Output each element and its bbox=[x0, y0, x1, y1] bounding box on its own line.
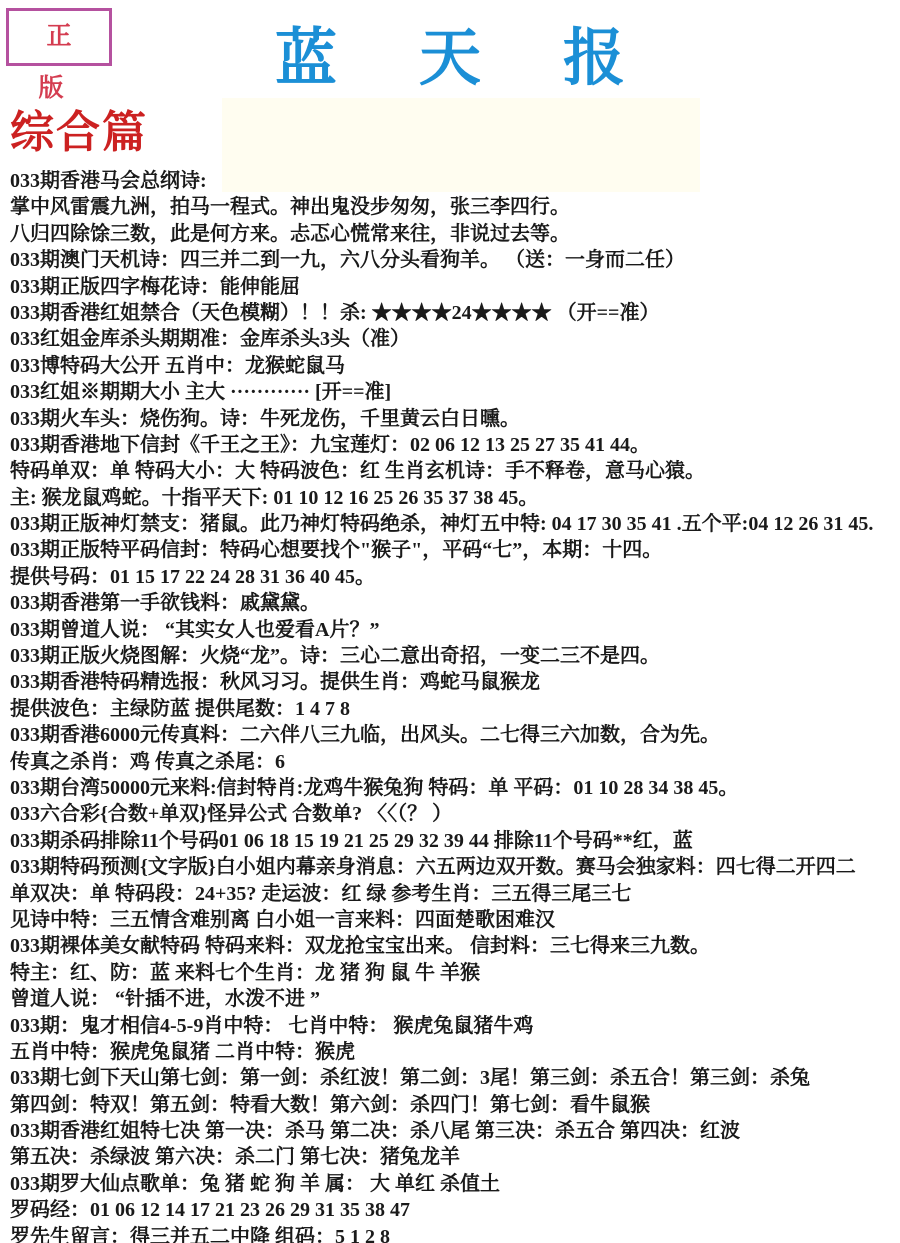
report-line: 第五决：杀绿波 第六决：杀二门 第七决：猪兔龙羊 bbox=[10, 1144, 898, 1170]
section-heading: 综合篇 bbox=[10, 96, 148, 160]
report-line: 033期七剑下天山第七剑：第一剑：杀红波！第二剑：3尾！第三剑：杀五合！第三剑：… bbox=[10, 1065, 898, 1091]
report-line: 033期正版四字梅花诗：能伸能屈 bbox=[10, 274, 898, 300]
report-line: 033期香港红姐禁合（天色模糊）！！杀: ★★★★24★★★★ （开==准） bbox=[10, 300, 898, 326]
report-line: 033期香港马会总纲诗: bbox=[10, 168, 898, 194]
report-line: 第四剑：特双！第五剑：特看大数！第六剑：杀四门！第七剑：看牛鼠猴 bbox=[10, 1092, 898, 1118]
report-line: 033期火车头：烧伤狗。诗：牛死龙伤，千里黄云白日曛。 bbox=[10, 406, 898, 432]
report-line: 033期正版神灯禁支：猪鼠。此乃神灯特码绝杀，神灯五中特: 04 17 30 3… bbox=[10, 511, 898, 537]
report-line: 033期香港特码精选报：秋风习习。提供生肖：鸡蛇马鼠猴龙 bbox=[10, 669, 898, 695]
report-line: 033红姐※期期大小 主大 ············ [开==准] bbox=[10, 379, 898, 405]
report-line: 033期曾道人说： “其实女人也爱看A片？” bbox=[10, 617, 898, 643]
report-line: 033博特码大公开 五肖中：龙猴蛇鼠马 bbox=[10, 353, 898, 379]
report-line: 033期特码预测{文字版}白小姐内幕亲身消息：六五两边双开数。赛马会独家料：四七… bbox=[10, 854, 898, 880]
report-line: 五肖中特：猴虎兔鼠猪 二肖中特：猴虎 bbox=[10, 1039, 898, 1065]
report-line: 特码单双：单 特码大小：大 特码波色：红 生肖玄机诗：手不释卷，意马心猿。 bbox=[10, 458, 898, 484]
report-line: 033期香港红姐特七决 第一决：杀马 第二决：杀八尾 第三决：杀五合 第四决：红… bbox=[10, 1118, 898, 1144]
report-line: 八归四除馀三数，此是何方来。忐忑心慌常来往，非说过去等。 bbox=[10, 221, 898, 247]
report-body: 033期香港马会总纲诗:掌中风雷震九洲，拍马一程式。神出鬼没步匆匆，张三李四行。… bbox=[10, 168, 898, 1243]
report-line: 掌中风雷震九洲，拍马一程式。神出鬼没步匆匆，张三李四行。 bbox=[10, 194, 898, 220]
report-line: 单双决：单 特码段：24+35? 走运波：红 绿 参考生肖：三五得三尾三七 bbox=[10, 881, 898, 907]
report-line: 罗先生留言：得三并五二中降 组码：5 1 2 8 bbox=[10, 1224, 898, 1243]
report-line: 033期澳门天机诗：四三并二到一九，六八分头看狗羊。 （送：一身而二任） bbox=[10, 247, 898, 273]
report-line: 提供号码：01 15 17 22 24 28 31 36 40 45。 bbox=[10, 564, 898, 590]
report-line: 033期正版特平码信封：特码心想要找个"猴子"，平码“七”，本期：十四。 bbox=[10, 537, 898, 563]
report-line: 特主：红、防：蓝 来料七个生肖：龙 猪 狗 鼠 牛 羊猴 bbox=[10, 960, 898, 986]
report-line: 033期：鬼才相信4-5-9肖中特： 七肖中特： 猴虎兔鼠猪牛鸡 bbox=[10, 1013, 898, 1039]
report-line: 传真之杀肖：鸡 传真之杀尾：6 bbox=[10, 749, 898, 775]
report-line: 033期香港6000元传真料：二六伴八三九临，出风头。二七得三六加数，合为先。 bbox=[10, 722, 898, 748]
report-line: 曾道人说： “针插不进，水泼不进 ” bbox=[10, 986, 898, 1012]
report-line: 033期正版火烧图解：火烧“龙”。诗：三心二意出奇招，一变二三不是四。 bbox=[10, 643, 898, 669]
report-line: 见诗中特：三五情含难别离 白小姐一言来料：四面楚歌困难汉 bbox=[10, 907, 898, 933]
report-line: 033期香港第一手欲钱料：戚黛黛。 bbox=[10, 590, 898, 616]
report-line: 主: 猴龙鼠鸡蛇。十指平天下: 01 10 12 16 25 26 35 37 … bbox=[10, 485, 898, 511]
report-line: 提供波色：主绿防蓝 提供尾数：1 4 7 8 bbox=[10, 696, 898, 722]
report-line: 033红姐金库杀头期期准：金库杀头3头（准） bbox=[10, 326, 898, 352]
report-line: 033期杀码排除11个号码01 06 18 15 19 21 25 29 32 … bbox=[10, 828, 898, 854]
report-line: 033期香港地下信封《千王之王》：九宝莲灯：02 06 12 13 25 27 … bbox=[10, 432, 898, 458]
report-line: 033期台湾50000元来料:信封特肖:龙鸡牛猴兔狗 特码：单 平码：01 10… bbox=[10, 775, 898, 801]
report-line: 罗码经：01 06 12 14 17 21 23 26 29 31 35 38 … bbox=[10, 1197, 898, 1223]
report-line: 033六合彩{合数+单双}怪异公式 合数单? 〈〈（？ ） bbox=[10, 801, 898, 827]
report-line: 033期罗大仙点歌单：兔 猪 蛇 狗 羊 属： 大 单红 杀值土 bbox=[10, 1171, 898, 1197]
page-title: 蓝天报 bbox=[0, 8, 900, 97]
report-line: 033期裸体美女献特码 特码来料：双龙抢宝宝出来。 信封料：三七得来三九数。 bbox=[10, 933, 898, 959]
